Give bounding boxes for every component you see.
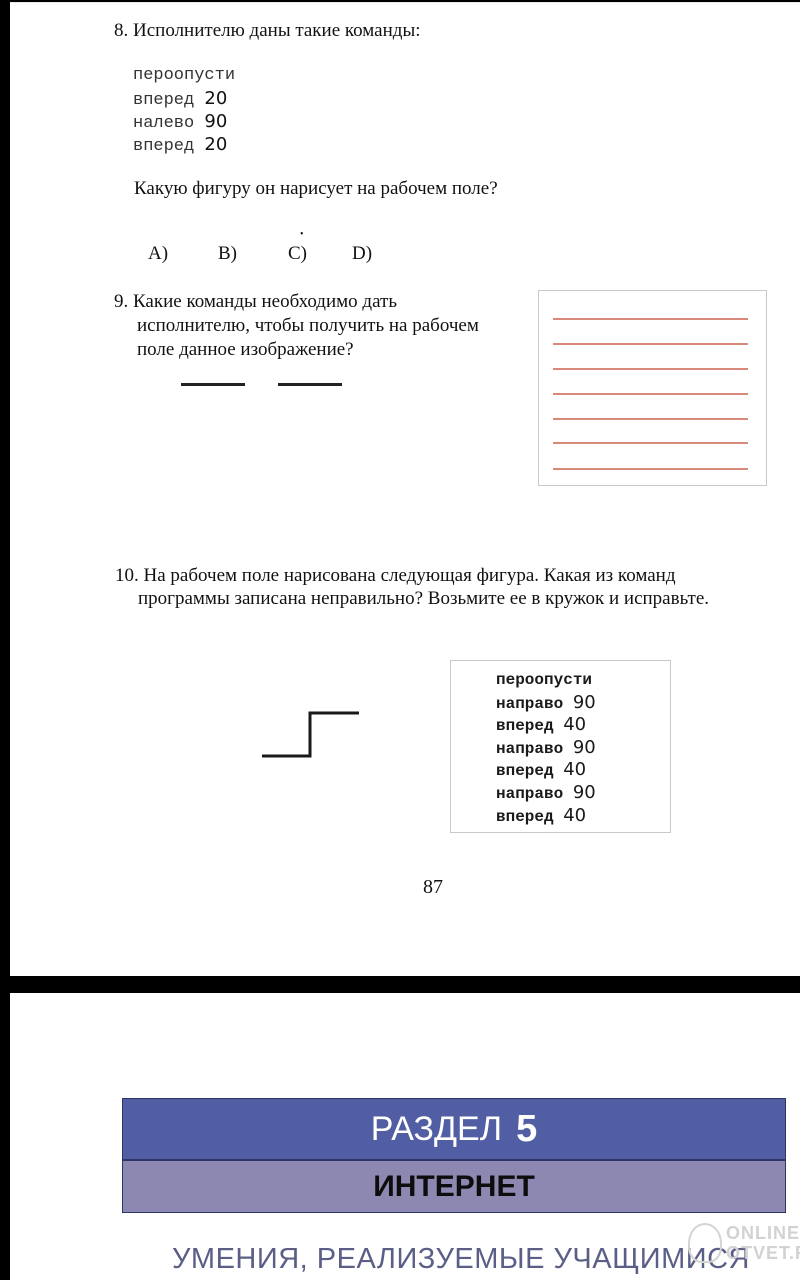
q10-program-box: пероопусти направо 90 вперед 40 направо … — [450, 660, 671, 833]
q10-program-line[interactable]: пероопусти — [496, 669, 596, 692]
q8-question: Какую фигуру он нарисует на рабочем поле… — [134, 177, 498, 201]
document-page-section-5: РАЗДЕЛ 5 ИНТЕРНЕТ УМЕНИЯ, РЕАЛИЗУЕМЫЕ УЧ… — [10, 993, 800, 1280]
lightbulb-icon — [688, 1223, 722, 1263]
q10-program: пероопусти направо 90 вперед 40 направо … — [496, 669, 596, 827]
dot-mark: • — [300, 229, 304, 240]
watermark: ONLINE OTVET.RU — [686, 1215, 800, 1279]
document-page-87: 8. Исполнителю даны такие команды: пероо… — [10, 2, 800, 976]
q8-program-line: налево 90 — [133, 110, 235, 133]
answer-line[interactable] — [553, 468, 748, 470]
section-subtitle: УМЕНИЯ, РЕАЛИЗУЕМЫЕ УЧАЩИМИСЯ — [172, 1243, 750, 1276]
q9-figure-segment-right — [278, 383, 342, 386]
q10-program-line[interactable]: направо 90 — [496, 737, 596, 760]
q8-title: 8. Исполнителю даны такие команды: — [114, 19, 421, 43]
option-d: D) — [352, 243, 372, 265]
answer-line[interactable] — [553, 418, 748, 420]
answer-line[interactable] — [553, 318, 748, 320]
q10-program-line[interactable]: направо 90 — [496, 782, 596, 805]
section-banner: РАЗДЕЛ 5 — [122, 1098, 786, 1160]
section-title: ИНТЕРНЕТ — [122, 1160, 786, 1213]
answer-line[interactable] — [553, 343, 748, 345]
q10-step-figure — [258, 708, 368, 762]
option-a: A) — [148, 243, 218, 265]
q10-title: 10. На рабочем поле нарисована следующая… — [115, 564, 709, 610]
answer-line[interactable] — [553, 393, 748, 395]
q10-program-line[interactable]: направо 90 — [496, 692, 596, 715]
page-number: 87 — [423, 876, 443, 899]
answer-line[interactable] — [553, 442, 748, 444]
q10-program-line[interactable]: вперед 40 — [496, 759, 596, 782]
q8-program-line: вперед 20 — [133, 87, 235, 110]
q10-program-line[interactable]: вперед 40 — [496, 805, 596, 828]
q8-options: A) B) C)• D) — [148, 243, 372, 265]
q9-figure-segment-left — [181, 383, 245, 386]
section-label: РАЗДЕЛ — [371, 1110, 502, 1149]
option-c: C)• — [288, 243, 352, 265]
option-b: B) — [218, 243, 288, 265]
answer-line[interactable] — [553, 368, 748, 370]
q8-program: пероопусти вперед 20 налево 90 вперед 20 — [133, 64, 235, 156]
q8-program-line: вперед 20 — [133, 133, 235, 156]
q10-program-line[interactable]: вперед 40 — [496, 714, 596, 737]
q9-answer-box[interactable] — [538, 290, 767, 486]
q8-program-line: пероопусти — [133, 64, 235, 87]
section-number: 5 — [516, 1108, 537, 1151]
q9-title: 9. Какие команды необходимо дать исполни… — [114, 290, 479, 362]
